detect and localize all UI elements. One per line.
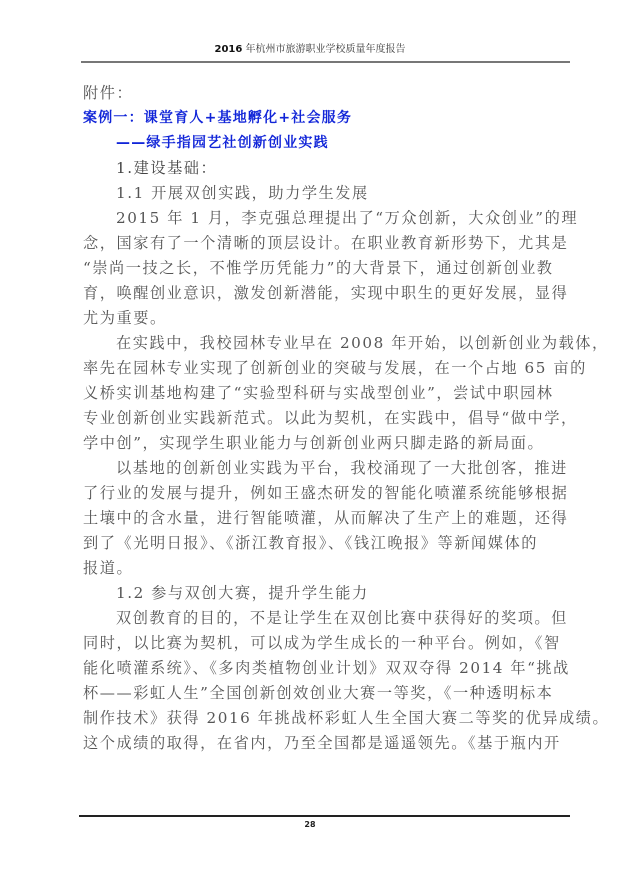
paragraph-line: 2015 年 1 月，李克强总理提出了“万众创新，大众创业”的理 — [83, 206, 568, 231]
paragraph-line: 土壤中的含水量，进行智能喷灌，从而解决了生产上的难题，还得 — [83, 506, 568, 531]
paragraph-line: 双创教育的目的，不是让学生在双创比赛中获得好的奖项。但 — [83, 606, 568, 631]
paragraph-1: 2015 年 1 月，李克强总理提出了“万众创新，大众创业”的理 念，国家有了一… — [83, 206, 568, 331]
document-body: 附件： 案例一：课堂育人+基地孵化+社会服务 ——绿手指园艺社创新创业实践 1.… — [83, 81, 568, 756]
paragraph-line: 这个成绩的取得，在省内，乃至全国都是遥遥领先。《基于瓶内开 — [83, 731, 568, 756]
section-heading-1-2: 1.2 参与双创大赛，提升学生能力 — [83, 581, 568, 606]
attachment-label: 附件： — [83, 81, 568, 106]
paragraph-line: 报道。 — [83, 556, 568, 581]
paragraph-line: 念，国家有了一个清晰的顶层设计。在职业教育新形势下，尤其是 — [83, 231, 568, 256]
paragraph-line: 制作技术》获得 2016 年挑战杯彩虹人生全国大赛二等奖的优异成绩。 — [83, 706, 568, 731]
case-subtitle: ——绿手指园艺社创新创业实践 — [83, 131, 568, 156]
paragraph-3: 以基地的创新创业实践为平台，我校涌现了一大批创客，推进 了行业的发展与提升，例如… — [83, 456, 568, 581]
paragraph-line: 育，唤醒创业意识，激发创新潜能，实现中职生的更好发展，显得 — [83, 281, 568, 306]
paragraph-line: 在实践中，我校园林专业早在 2008 年开始，以创新创业为载体， — [83, 331, 568, 356]
paragraph-line: 率先在园林专业实现了创新创业的突破与发展，在一个占地 65 亩的 — [83, 356, 568, 381]
paragraph-line: 尤为重要。 — [83, 306, 568, 331]
paragraph-line: 能化喷灌系统》、《多肉类植物创业计划》双双夺得 2014 年“挑战 — [83, 656, 568, 681]
paragraph-line: 到了《光明日报》、《浙江教育报》、《钱江晚报》等新闻媒体的 — [83, 531, 568, 556]
paragraph-4: 双创教育的目的，不是让学生在双创比赛中获得好的奖项。但 同时，以比赛为契机，可以… — [83, 606, 568, 756]
page-number: 28 — [0, 820, 620, 829]
paragraph-line: 学中创”，实现学生职业能力与创新创业两只脚走路的新局面。 — [83, 431, 568, 456]
header-divider — [81, 61, 570, 63]
footer-divider — [79, 815, 570, 817]
paragraph-line: 了行业的发展与提升，例如王盛杰研发的智能化喷灌系统能够根据 — [83, 481, 568, 506]
header-year: 2016 — [214, 44, 242, 55]
section-heading-1-1: 1.1 开展双创实践，助力学生发展 — [83, 181, 568, 206]
paragraph-line: 杯——彩虹人生”全国创新创效创业大赛一等奖，《一种透明标本 — [83, 681, 568, 706]
case-title: 案例一：课堂育人+基地孵化+社会服务 — [83, 106, 568, 131]
header-title: 年杭州市旅游职业学校质量年度报告 — [246, 44, 406, 55]
paragraph-2: 在实践中，我校园林专业早在 2008 年开始，以创新创业为载体， 率先在园林专业… — [83, 331, 568, 456]
page-header: 2016 年杭州市旅游职业学校质量年度报告 — [0, 40, 620, 55]
paragraph-line: 义桥实训基地构建了“实验型科研与实战型创业”，尝试中职园林 — [83, 381, 568, 406]
paragraph-line: 专业创新创业实践新范式。以此为契机，在实践中，倡导“做中学， — [83, 406, 568, 431]
paragraph-line: “崇尚一技之长，不惟学历凭能力”的大背景下，通过创新创业教 — [83, 256, 568, 281]
paragraph-line: 以基地的创新创业实践为平台，我校涌现了一大批创客，推进 — [83, 456, 568, 481]
section-heading-1: 1.建设基础： — [83, 156, 568, 181]
paragraph-line: 同时，以比赛为契机，可以成为学生成长的一种平台。例如，《智 — [83, 631, 568, 656]
